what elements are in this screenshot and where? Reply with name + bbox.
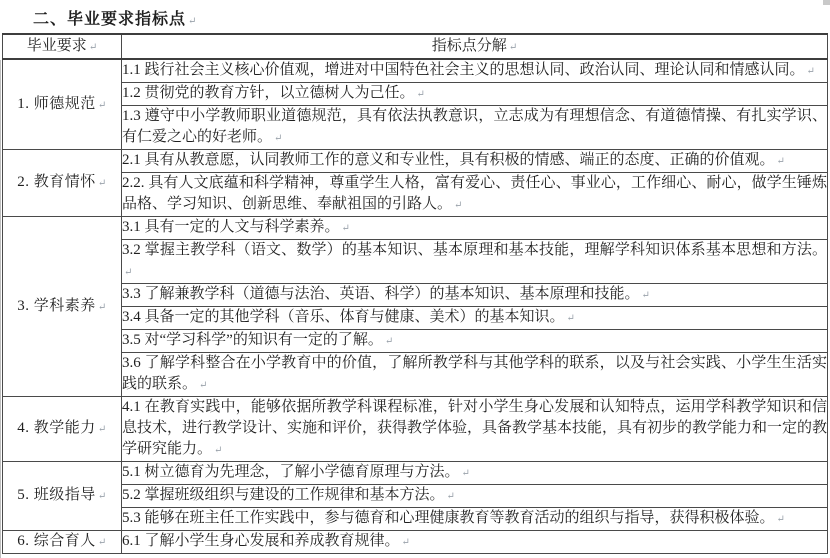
header-row: 毕业要求↵ 指标点分解↵ bbox=[3, 34, 828, 59]
table-row: 2. 教育情怀↵2.1 具有从教意愿，认同教师工作的意义和专业性，具有积极的情感… bbox=[3, 150, 828, 173]
indicator-item-text: 3.4 具备一定的其他学科（音乐、体育与健康、美术）的基本知识。 bbox=[122, 309, 565, 325]
requirement-label: 4. 教学能力 bbox=[17, 420, 96, 436]
indicator-item-cell: 2.1 具有从教意愿，认同教师工作的意义和专业性，具有积极的情感、端正的态度、正… bbox=[122, 150, 828, 173]
table-row: 3.4 具备一定的其他学科（音乐、体育与健康、美术）的基本知识。↵ bbox=[3, 307, 828, 330]
paragraph-mark: ↵ bbox=[98, 491, 107, 502]
indicator-item-text: 5.1 树立德育为先理念，了解小学德育原理与方法。 bbox=[122, 464, 460, 480]
indicator-item-text: 5.2 掌握班级组织与建设的工作规律和基本方法。 bbox=[122, 487, 445, 503]
indicator-item-text: 2.2. 具有人文底蕴和科学精神，尊重学生人格，富有爱心、责任心、事业心，工作细… bbox=[122, 175, 827, 212]
indicator-item-cell: 3.4 具备一定的其他学科（音乐、体育与健康、美术）的基本知识。↵ bbox=[122, 307, 828, 330]
column-header-indicators-label: 指标点分解 bbox=[432, 38, 507, 54]
paragraph-mark: ↵ bbox=[188, 16, 197, 27]
paragraph-mark: ↵ bbox=[342, 223, 350, 234]
paragraph-mark: ↵ bbox=[402, 537, 410, 548]
indicator-item-text: 3.3 了解兼教学科（道德与法治、英语、科学）的基本知识、基本原理和技能。 bbox=[122, 286, 640, 302]
paragraph-mark: ↵ bbox=[274, 133, 282, 144]
paragraph-mark: ↵ bbox=[98, 424, 107, 435]
requirement-label: 3. 学科素养 bbox=[17, 298, 96, 314]
paragraph-mark: ↵ bbox=[642, 290, 650, 301]
indicator-item-text: 4.1 在教育实践中，能够依据所教学科课程标准，针对小学生身心发展和认知特点，运… bbox=[122, 399, 827, 457]
indicator-item-cell: 5.3 能够在班主任工作实践中，参与德育和心理健康教育等教育活动的组织与指导，获… bbox=[122, 508, 828, 531]
requirement-label: 5. 班级指导 bbox=[17, 487, 96, 503]
requirement-label-cell: 6. 综合育人↵ bbox=[3, 531, 122, 554]
page-title: 二、毕业要求指标点↵ bbox=[33, 6, 197, 29]
indicator-item-cell: 3.5 对“学习科学”的知识有一定的了解。↵ bbox=[122, 330, 828, 353]
paragraph-mark: ↵ bbox=[807, 66, 815, 77]
page-title-text: 二、毕业要求指标点 bbox=[33, 11, 186, 28]
requirement-label-cell: 4. 教学能力↵ bbox=[3, 397, 122, 462]
paragraph-mark: ↵ bbox=[462, 468, 470, 479]
paragraph-mark: ↵ bbox=[199, 380, 207, 391]
indicator-item-cell: 1.2 贯彻党的教育方针，以立德树人为己任。↵ bbox=[122, 83, 828, 106]
indicator-item-text: 3.1 具有一定的人文与科学素养。 bbox=[122, 219, 340, 235]
indicator-item-text: 3.6 了解学科整合在小学教育中的价值，了解所教学科与其他学科的联系，以及与社会… bbox=[122, 355, 827, 392]
paragraph-mark: ↵ bbox=[447, 491, 455, 502]
table-row: 3.6 了解学科整合在小学教育中的价值，了解所教学科与其他学科的联系，以及与社会… bbox=[3, 353, 828, 397]
indicator-item-text: 1.3 遵守中小学教师职业道德规范，具有依法执教意识，立志成为有理想信念、有道德… bbox=[122, 108, 827, 145]
scrollbar-fragment bbox=[823, 0, 830, 5]
indicator-item-text: 1.2 贯彻党的教育方针，以立德树人为己任。 bbox=[122, 85, 415, 101]
requirements-table: 毕业要求↵ 指标点分解↵ 1. 师德规范↵1.1 践行社会主义核心价值观，增进对… bbox=[2, 33, 828, 554]
indicator-item-text: 5.3 能够在班主任工作实践中，参与德育和心理健康教育等教育活动的组织与指导，获… bbox=[122, 510, 775, 526]
table-row: 1. 师德规范↵1.1 践行社会主义核心价值观，增进对中国特色社会主义的思想认同… bbox=[3, 59, 828, 83]
paragraph-mark: ↵ bbox=[454, 200, 462, 211]
table-row: 6. 综合育人↵6.1 了解小学生身心发展和养成教育规律。↵ bbox=[3, 531, 828, 554]
indicator-item-cell: 3.6 了解学科整合在小学教育中的价值，了解所教学科与其他学科的联系，以及与社会… bbox=[122, 353, 828, 397]
paragraph-mark: ↵ bbox=[89, 42, 97, 53]
indicator-item-cell: 3.1 具有一定的人文与科学素养。↵ bbox=[122, 217, 828, 240]
paragraph-mark: ↵ bbox=[124, 267, 132, 278]
indicator-item-text: 3.2 掌握主教学科（语文、数学）的基本知识、基本原理和基本技能，理解学科知识体… bbox=[122, 242, 827, 258]
table-row: 1.3 遵守中小学教师职业道德规范，具有依法执教意识，立志成为有理想信念、有道德… bbox=[3, 106, 828, 150]
paragraph-mark: ↵ bbox=[98, 302, 107, 313]
indicator-item-cell: 5.1 树立德育为先理念，了解小学德育原理与方法。↵ bbox=[122, 462, 828, 485]
table-row: 3.2 掌握主教学科（语文、数学）的基本知识、基本原理和基本技能，理解学科知识体… bbox=[3, 240, 828, 284]
table-row: 3. 学科素养↵3.1 具有一定的人文与科学素养。↵ bbox=[3, 217, 828, 240]
paragraph-mark: ↵ bbox=[777, 156, 785, 167]
indicator-item-text: 1.1 践行社会主义核心价值观，增进对中国特色社会主义的思想认同、政治认同、理论… bbox=[122, 62, 805, 78]
table-row: 5.2 掌握班级组织与建设的工作规律和基本方法。↵ bbox=[3, 485, 828, 508]
paragraph-mark: ↵ bbox=[214, 445, 222, 456]
requirement-label-cell: 3. 学科素养↵ bbox=[3, 217, 122, 397]
page-edge-line bbox=[0, 60, 1, 558]
indicator-item-cell: 3.2 掌握主教学科（语文、数学）的基本知识、基本原理和基本技能，理解学科知识体… bbox=[122, 240, 828, 284]
indicator-item-text: 2.1 具有从教意愿，认同教师工作的意义和专业性，具有积极的情感、端正的态度、正… bbox=[122, 152, 775, 168]
paragraph-mark: ↵ bbox=[567, 313, 575, 324]
paragraph-mark: ↵ bbox=[509, 42, 517, 53]
requirement-label-cell: 5. 班级指导↵ bbox=[3, 462, 122, 531]
indicator-item-cell: 4.1 在教育实践中，能够依据所教学科课程标准，针对小学生身心发展和认知特点，运… bbox=[122, 397, 828, 462]
requirement-label: 1. 师德规范 bbox=[17, 96, 96, 112]
table-row: 3.5 对“学习科学”的知识有一定的了解。↵ bbox=[3, 330, 828, 353]
requirement-label: 6. 综合育人 bbox=[17, 533, 96, 549]
paragraph-mark: ↵ bbox=[98, 100, 107, 111]
indicator-item-cell: 6.1 了解小学生身心发展和养成教育规律。↵ bbox=[122, 531, 828, 554]
paragraph-mark: ↵ bbox=[98, 178, 107, 189]
column-header-indicators: 指标点分解↵ bbox=[122, 34, 828, 59]
indicator-item-cell: 1.1 践行社会主义核心价值观，增进对中国特色社会主义的思想认同、政治认同、理论… bbox=[122, 59, 828, 83]
requirement-label-cell: 2. 教育情怀↵ bbox=[3, 150, 122, 217]
indicator-item-text: 6.1 了解小学生身心发展和养成教育规律。 bbox=[122, 533, 400, 549]
table-row: 5. 班级指导↵5.1 树立德育为先理念，了解小学德育原理与方法。↵ bbox=[3, 462, 828, 485]
requirement-label: 2. 教育情怀 bbox=[17, 174, 96, 190]
column-header-requirement: 毕业要求↵ bbox=[3, 34, 122, 59]
table-row: 4. 教学能力↵4.1 在教育实践中，能够依据所教学科课程标准，针对小学生身心发… bbox=[3, 397, 828, 462]
table-row: 3.3 了解兼教学科（道德与法治、英语、科学）的基本知识、基本原理和技能。↵ bbox=[3, 284, 828, 307]
column-header-requirement-label: 毕业要求 bbox=[27, 38, 87, 54]
indicator-item-text: 3.5 对“学习科学”的知识有一定的了解。 bbox=[122, 332, 383, 348]
document-page: 二、毕业要求指标点↵ 毕业要求↵ 指标点分解↵ 1. 师德规范↵1.1 践行社会… bbox=[0, 0, 830, 558]
requirement-label-cell: 1. 师德规范↵ bbox=[3, 59, 122, 150]
indicator-item-cell: 1.3 遵守中小学教师职业道德规范，具有依法执教意识，立志成为有理想信念、有道德… bbox=[122, 106, 828, 150]
table-row: 5.3 能够在班主任工作实践中，参与德育和心理健康教育等教育活动的组织与指导，获… bbox=[3, 508, 828, 531]
indicator-item-cell: 3.3 了解兼教学科（道德与法治、英语、科学）的基本知识、基本原理和技能。↵ bbox=[122, 284, 828, 307]
paragraph-mark: ↵ bbox=[417, 89, 425, 100]
table-row: 2.2. 具有人文底蕴和科学精神，尊重学生人格，富有爱心、责任心、事业心，工作细… bbox=[3, 173, 828, 217]
indicator-item-cell: 5.2 掌握班级组织与建设的工作规律和基本方法。↵ bbox=[122, 485, 828, 508]
indicator-item-cell: 2.2. 具有人文底蕴和科学精神，尊重学生人格，富有爱心、责任心、事业心，工作细… bbox=[122, 173, 828, 217]
paragraph-mark: ↵ bbox=[777, 514, 785, 525]
table-row: 1.2 贯彻党的教育方针，以立德树人为己任。↵ bbox=[3, 83, 828, 106]
paragraph-mark: ↵ bbox=[385, 336, 393, 347]
paragraph-mark: ↵ bbox=[98, 537, 107, 548]
